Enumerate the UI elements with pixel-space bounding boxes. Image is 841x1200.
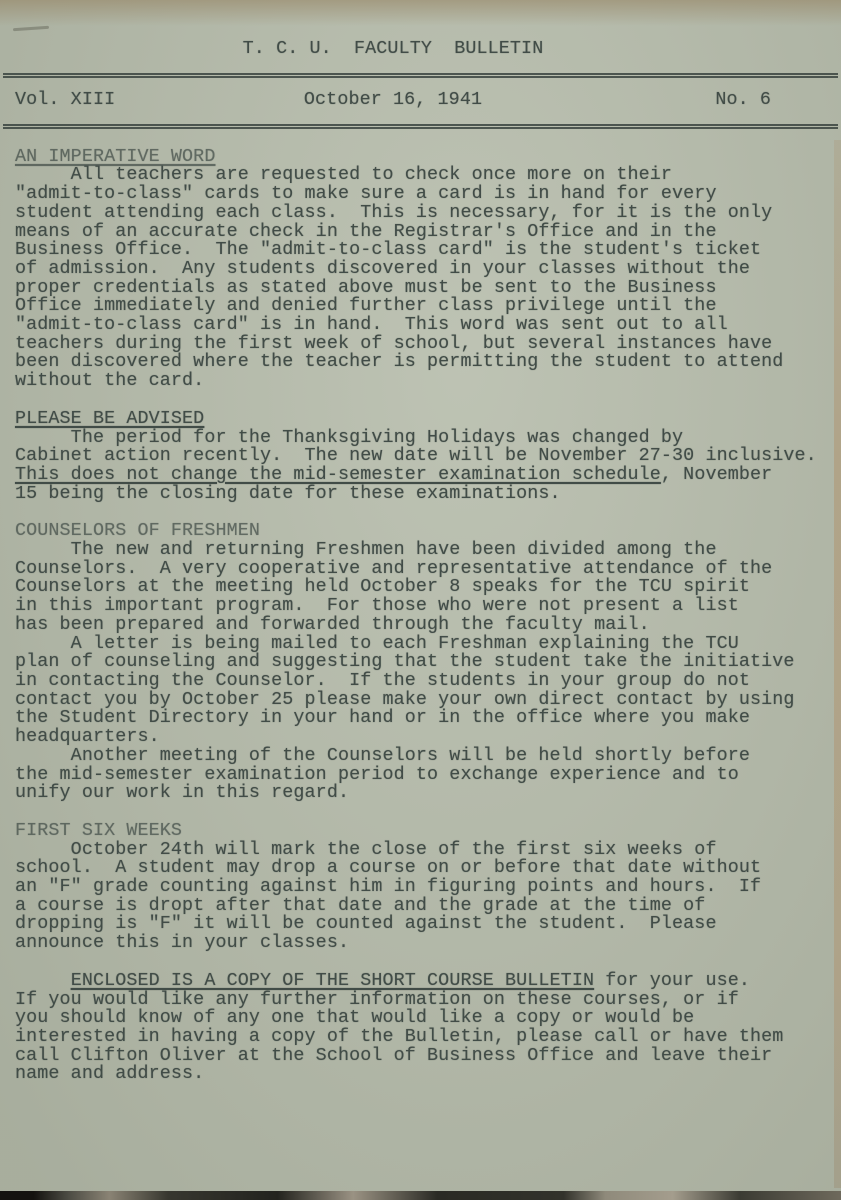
section-heading: AN IMPERATIVE WORD	[15, 146, 215, 167]
bulletin-section: COUNSELORS OF FRESHMEN The new and retur…	[15, 522, 796, 803]
document-body: AN IMPERATIVE WORD All teachers are requ…	[15, 148, 796, 1084]
masthead-rule-top	[3, 73, 838, 78]
section-heading: FIRST SIX WEEKS	[15, 820, 182, 841]
section-heading: COUNSELORS OF FRESHMEN	[15, 520, 260, 541]
section-heading: PLEASE BE ADVISED	[15, 408, 204, 429]
masthead-rule-bottom	[3, 124, 838, 129]
section-body: October 24th will mark the close of the …	[15, 841, 796, 953]
section-body: The period for the Thanksgiving Holidays…	[15, 429, 796, 504]
section-body: The new and returning Freshmen have been…	[15, 541, 796, 803]
page-title: T. C. U. FACULTY BULLETIN	[15, 40, 771, 59]
bulletin-section: FIRST SIX WEEKS October 24th will mark t…	[15, 822, 796, 953]
bulletin-section: AN IMPERATIVE WORD All teachers are requ…	[15, 148, 796, 391]
masthead: Vol. XIII October 16, 1941 No. 6	[15, 91, 771, 111]
bulletin-page: T. C. U. FACULTY BULLETIN Vol. XIII Octo…	[0, 0, 841, 1200]
masthead-date: October 16, 1941	[15, 91, 771, 110]
pencil-smudge	[13, 26, 49, 32]
masthead-issue: No. 6	[715, 91, 771, 110]
bulletin-section: ENCLOSED IS A COPY OF THE SHORT COURSE B…	[15, 972, 796, 1084]
section-body: All teachers are requested to check once…	[15, 166, 796, 390]
scan-edge-bottom	[0, 1191, 841, 1200]
section-body: ENCLOSED IS A COPY OF THE SHORT COURSE B…	[15, 972, 796, 1084]
bulletin-section: PLEASE BE ADVISED The period for the Tha…	[15, 410, 796, 504]
scan-edge-right	[834, 140, 841, 1188]
